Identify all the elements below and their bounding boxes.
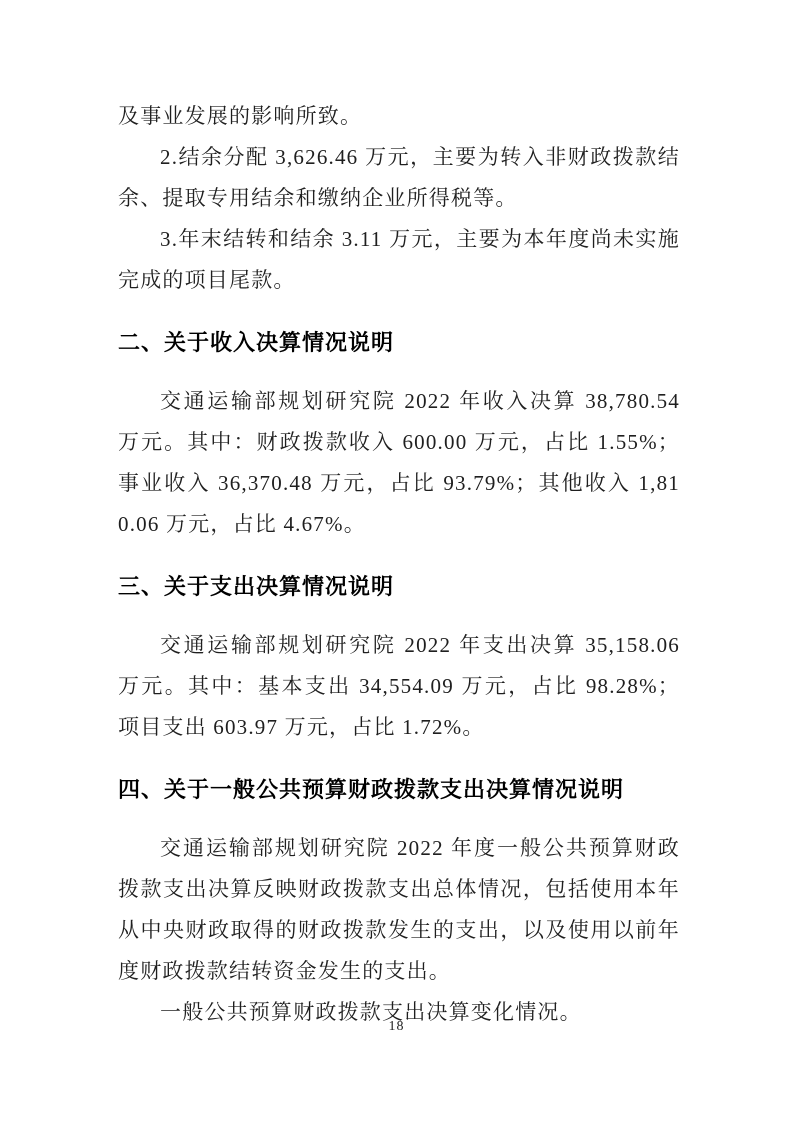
- income-paragraph: 交通运输部规划研究院 2022 年收入决算 38,780.54 万元。其中：财政…: [118, 381, 680, 545]
- fiscal-appropriation-paragraph: 交通运输部规划研究院 2022 年度一般公共预算财政拨款支出决算反映财政拨款支出…: [118, 828, 680, 992]
- section-heading-income: 二、关于收入决算情况说明: [118, 322, 680, 363]
- section-heading-fiscal-appropriation: 四、关于一般公共预算财政拨款支出决算情况说明: [118, 769, 680, 810]
- page-content: 及事业发展的影响所致。 2.结余分配 3,626.46 万元，主要为转入非财政拨…: [118, 96, 680, 1033]
- numbered-item-2: 2.结余分配 3,626.46 万元，主要为转入非财政拨款结余、提取专用结余和缴…: [118, 137, 680, 219]
- page-number: 18: [0, 1019, 793, 1035]
- continuation-paragraph: 及事业发展的影响所致。: [118, 96, 680, 137]
- document-page: 及事业发展的影响所致。 2.结余分配 3,626.46 万元，主要为转入非财政拨…: [0, 0, 793, 1122]
- expenditure-paragraph: 交通运输部规划研究院 2022 年支出决算 35,158.06 万元。其中：基本…: [118, 625, 680, 748]
- numbered-item-3: 3.年末结转和结余 3.11 万元，主要为本年度尚未实施完成的项目尾款。: [118, 219, 680, 301]
- section-heading-expenditure: 三、关于支出决算情况说明: [118, 566, 680, 607]
